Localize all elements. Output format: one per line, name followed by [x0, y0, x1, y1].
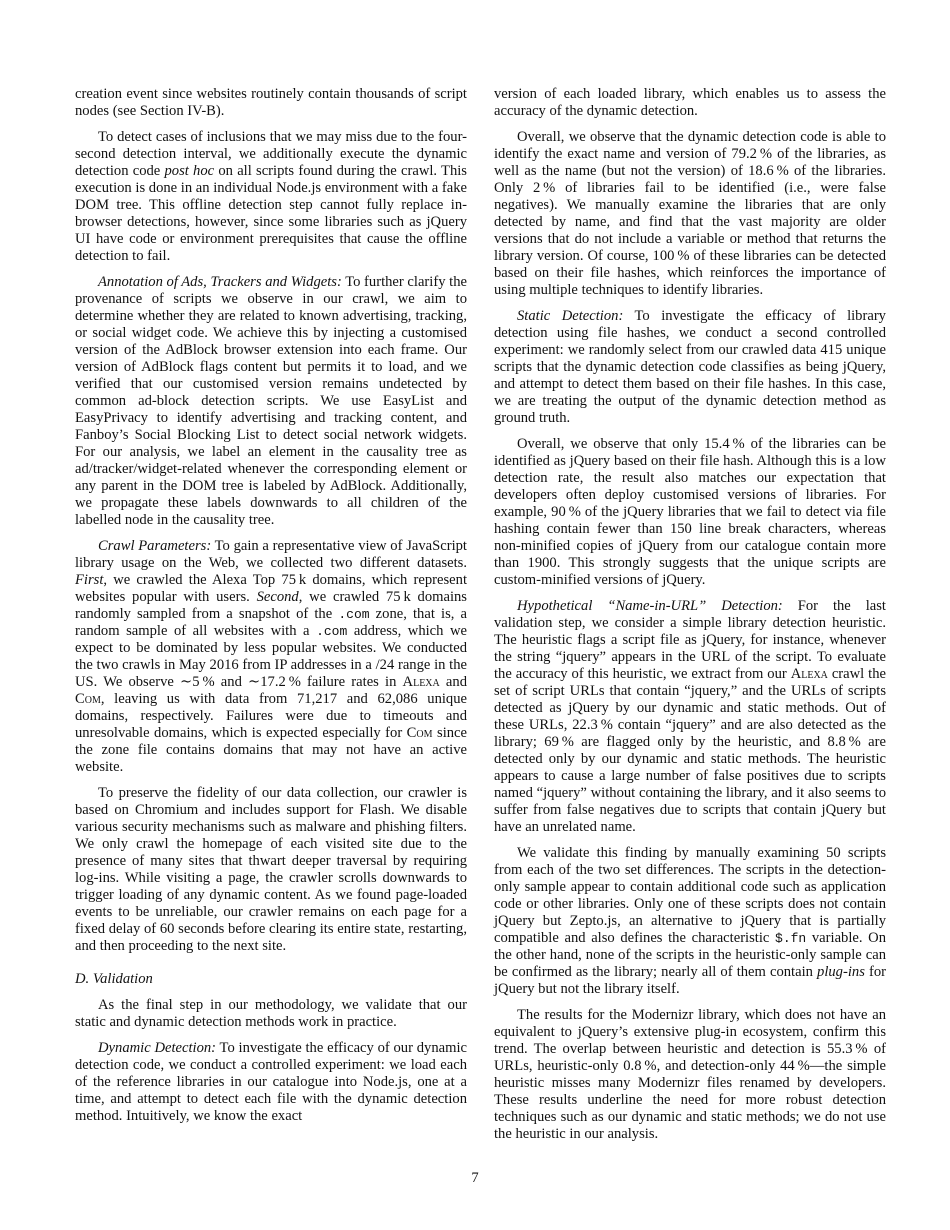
paragraph-name-in-url: Hypothetical “Name-in-URL” Detection: Fo… [494, 598, 886, 836]
paragraph-dynamic-detection: Dynamic Detection: To investigate the ef… [75, 1040, 467, 1125]
section-heading: D. Validation [75, 971, 467, 988]
paragraph-continuation: version of each loaded library, which en… [494, 86, 886, 120]
paper-page: creation event since websites routinely … [0, 0, 950, 1230]
text-run: To further clarify the provenance of scr… [75, 274, 467, 528]
paragraph-validation-intro: As the final step in our methodology, we… [75, 997, 467, 1031]
paragraph-crawl-parameters: Crawl Parameters: To gain a representati… [75, 538, 467, 776]
code-text: $.fn [775, 931, 806, 946]
small-caps-text: Com [407, 725, 433, 741]
code-text: .com [316, 624, 347, 639]
text-run: and [440, 674, 467, 690]
left-column: creation event since websites routinely … [75, 86, 467, 1134]
paragraph-heading: Static Detection: [517, 308, 623, 324]
paragraph-dynamic-results: Overall, we observe that the dynamic det… [494, 129, 886, 299]
small-caps-text: Alexa [403, 674, 440, 690]
paragraph-heading: Annotation of Ads, Trackers and Widgets: [98, 274, 342, 290]
text-run: To investigate the efficacy of library d… [494, 308, 886, 426]
emphasis-text: Second [257, 589, 299, 605]
paragraph-heading: Crawl Parameters: [98, 538, 211, 554]
small-caps-text: Alexa [791, 666, 828, 682]
code-text: .com [338, 607, 369, 622]
paragraph-modernizr: The results for the Modernizr library, w… [494, 1007, 886, 1143]
emphasis-text: post hoc [165, 163, 215, 179]
paragraph-static-results: Overall, we observe that only 15.4 % of … [494, 436, 886, 589]
paragraph-heading: Hypothetical “Name-in-URL” Detection: [517, 598, 783, 614]
paragraph-crawler-fidelity: To preserve the fidelity of our data col… [75, 785, 467, 955]
text-run: crawl the set of script URLs that contai… [494, 666, 886, 835]
small-caps-text: Com [75, 691, 101, 707]
emphasis-text: plug-ins [817, 964, 865, 980]
page-number: 7 [0, 1170, 950, 1187]
paragraph-annotation: Annotation of Ads, Trackers and Widgets:… [75, 274, 467, 529]
right-column: version of each loaded library, which en… [494, 86, 886, 1152]
paragraph-static-detection: Static Detection: To investigate the eff… [494, 308, 886, 427]
paragraph-heading: Dynamic Detection: [98, 1040, 216, 1056]
paragraph-post-hoc-detection: To detect cases of inclusions that we ma… [75, 129, 467, 265]
emphasis-text: First [75, 572, 103, 588]
paragraph-manual-validation: We validate this finding by manually exa… [494, 845, 886, 998]
paragraph-continuation: creation event since websites routinely … [75, 86, 467, 120]
